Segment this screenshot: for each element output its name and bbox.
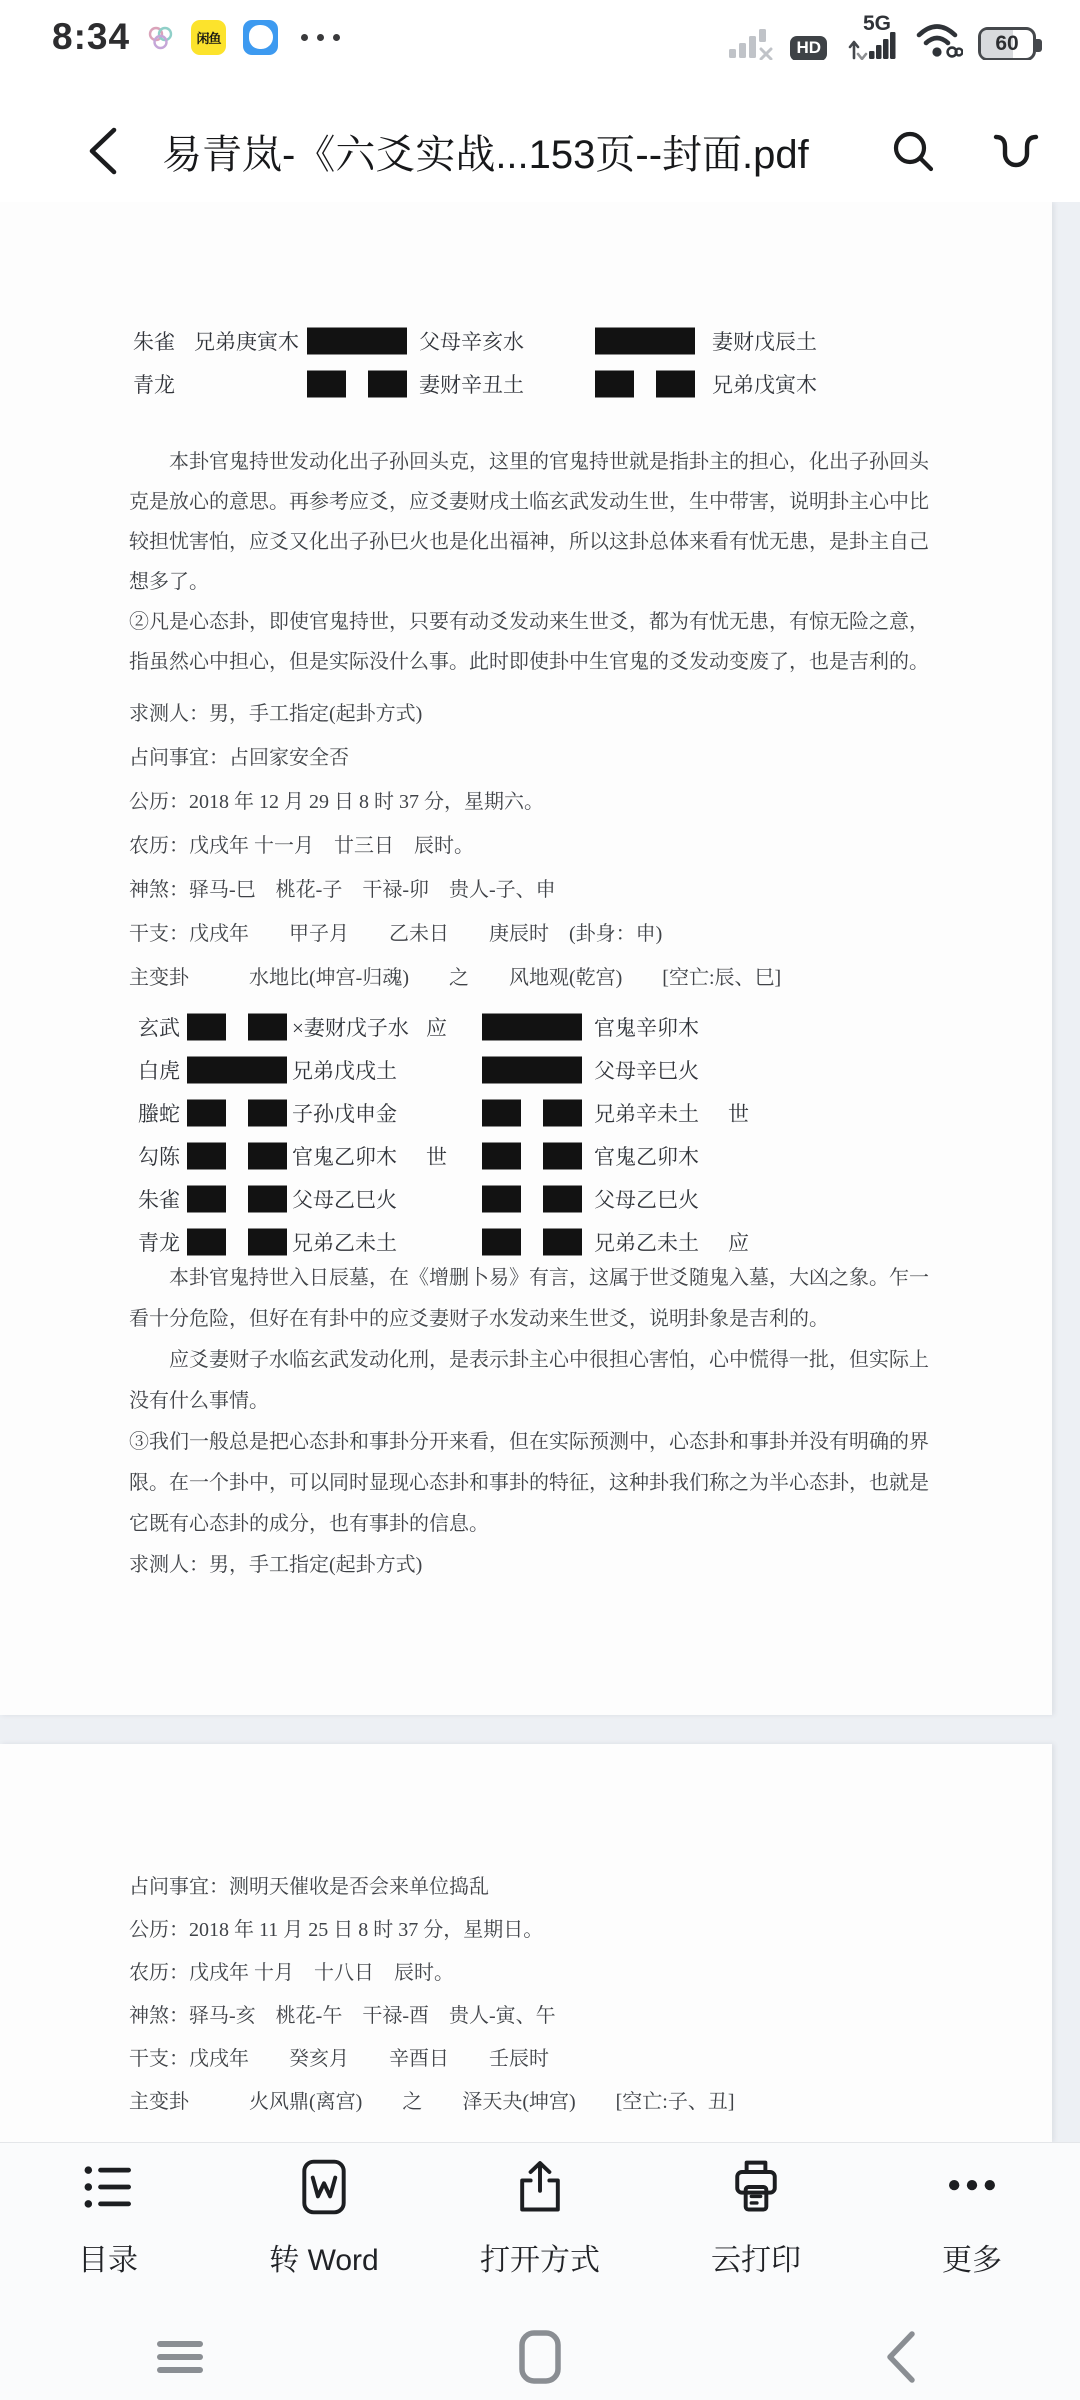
- text-line: 限。在一个卦中，可以同时显现心态卦和事卦的特征，这种卦我们称之为半心态卦，也就是: [129, 1463, 929, 1504]
- main-line-marker: 应: [426, 1012, 447, 1042]
- changed-line-label: 父母辛巳火: [594, 1055, 699, 1085]
- clock: 8:34: [52, 16, 130, 58]
- changed-line-marker: 应: [728, 1227, 749, 1257]
- text-line: 克是放心的意思。再参考应爻，应爻妻财戌土临玄武发动生世，生中带害，说明卦主心中比: [129, 482, 929, 522]
- main-hexagram-line: [187, 1099, 287, 1126]
- changed-line-label: 妻财戊辰土: [712, 326, 817, 356]
- main-line-label: 子孙戊申金: [292, 1098, 397, 1128]
- more-icon: [942, 2157, 1002, 2217]
- text-line: 神煞：驿马-亥 桃花-午 干禄-酉 贵人-寅、午: [129, 1995, 735, 2038]
- six-god-label: 朱雀: [138, 1184, 180, 1214]
- app-header: 易青岚-《六爻实战...153页--封面.pdf: [0, 60, 1080, 202]
- hexagram-row: 玄武 ×妻财戊子水 应 官鬼辛卯木: [0, 1005, 1052, 1048]
- cloud-print-button[interactable]: 云打印: [648, 2157, 864, 2279]
- text-line: 主变卦 水地比(坤宫-归魂) 之 风地观(乾宫) [空亡:辰、巳]: [129, 956, 781, 1000]
- text-line: 公历：2018 年 11 月 25 日 8 时 37 分，星期日。: [129, 1909, 735, 1952]
- six-god-label: 青龙: [133, 369, 175, 399]
- text-line: ③我们一般总是把心态卦和事卦分开来看，但在实际预测中，心态卦和事卦并没有明确的界: [129, 1422, 929, 1463]
- changed-line-label: 兄弟辛未土: [594, 1098, 699, 1128]
- changed-line-label: 兄弟乙未土: [594, 1227, 699, 1257]
- main-hexagram-line: [187, 1228, 287, 1255]
- main-line-label: 官鬼乙卯木: [292, 1141, 397, 1171]
- toc-icon: [78, 2157, 138, 2217]
- text-line: 农历：戊戌年 十月 十八日 辰时。: [129, 1952, 735, 1995]
- open-with-label: 打开方式: [480, 2235, 600, 2279]
- changed-hexagram-line: [482, 1228, 582, 1255]
- hexagram-row: 朱雀 兄弟庚寅木 父母辛亥水 妻财戊辰土: [0, 319, 1052, 362]
- changed-line-label: 官鬼辛卯木: [594, 1012, 699, 1042]
- text-line: 求测人：男，手工指定(起卦方式): [129, 1545, 929, 1586]
- main-line-label: 妻财辛丑土: [419, 369, 524, 399]
- pdf-viewport[interactable]: 朱雀 兄弟庚寅木 父母辛亥水 妻财戊辰土 青龙 妻财辛丑土 兄弟戊寅木 本卦官鬼…: [0, 202, 1080, 2142]
- bottom-bar: 目录 转 Word 打开方式: [0, 2142, 1080, 2400]
- messenger-app-notification-icon: [243, 20, 278, 55]
- analysis-paragraph-1: 本卦官鬼持世发动化出子孙回头克，这里的官鬼持世就是指卦主的担心，化出子孙回头 克…: [129, 442, 929, 682]
- pdf-page-1: 朱雀 兄弟庚寅木 父母辛亥水 妻财戊辰土 青龙 妻财辛丑土 兄弟戊寅木 本卦官鬼…: [0, 202, 1052, 1715]
- xianyu-app-notification-icon: 闲鱼: [191, 20, 226, 55]
- six-god-label: 朱雀: [133, 326, 175, 356]
- changed-hexagram-line: [595, 370, 695, 397]
- hexagram-chart: 玄武 ×妻财戊子水 应 官鬼辛卯木 白虎 兄弟戊戌土 父母辛巳火 螣蛇: [0, 1005, 1052, 1263]
- document-tabs-icon[interactable]: [992, 129, 1040, 173]
- hidden-spirit-label: 兄弟庚寅木: [194, 326, 299, 356]
- text-line: 占问事宜：占回家安全否: [129, 736, 781, 780]
- changed-line-label: 父母乙巳火: [594, 1184, 699, 1214]
- hexagram-row: 青龙 妻财辛丑土 兄弟戊寅木: [0, 362, 1052, 405]
- text-line: 公历：2018 年 12 月 29 日 8 时 37 分，星期六。: [129, 780, 781, 824]
- changed-hexagram-line: [595, 327, 695, 354]
- hexagram-row: 勾陈 官鬼乙卯木 世 官鬼乙卯木: [0, 1134, 1052, 1177]
- main-hexagram-line: [187, 1142, 287, 1169]
- pdf-toolbar: 目录 转 Word 打开方式: [0, 2157, 1080, 2279]
- six-god-label: 白虎: [138, 1055, 180, 1085]
- wifi-icon: [915, 19, 963, 61]
- analysis-paragraph-2: 本卦官鬼持世入日辰墓，在《增删卜易》有言，这属于世爻随鬼入墓，大凶之象。乍一 看…: [129, 1258, 929, 1586]
- cloud-print-label: 云打印: [711, 2235, 801, 2279]
- hexagram-partial-rows: 朱雀 兄弟庚寅木 父母辛亥水 妻财戊辰土 青龙 妻财辛丑土 兄弟戊寅木: [0, 319, 1052, 405]
- battery-icon: 60: [978, 27, 1036, 61]
- signal-5g-icon: 5G: [842, 13, 900, 61]
- back-icon[interactable]: [84, 125, 122, 177]
- hexagram-row: 朱雀 父母乙巳火 父母乙巳火: [0, 1177, 1052, 1220]
- main-line-marker: 世: [426, 1141, 447, 1171]
- main-line-label: 兄弟戊戌土: [292, 1055, 397, 1085]
- changed-hexagram-line: [482, 1099, 582, 1126]
- changed-line-marker: 世: [728, 1098, 749, 1128]
- text-line: 求测人：男，手工指定(起卦方式): [129, 692, 781, 736]
- changed-line-label: 官鬼乙卯木: [594, 1141, 699, 1171]
- main-hexagram-line: [307, 327, 407, 354]
- nav-menu-button[interactable]: [0, 2313, 360, 2400]
- hexagram-row: 白虎 兄弟戊戌土 父母辛巳火: [0, 1048, 1052, 1091]
- six-god-label: 青龙: [138, 1227, 180, 1257]
- text-line: 没有什么事情。: [129, 1381, 929, 1422]
- search-icon[interactable]: [890, 128, 936, 174]
- svg-text:5G: 5G: [863, 13, 891, 35]
- hexagram-row: 螣蛇 子孙戊申金 兄弟辛未土 世: [0, 1091, 1052, 1134]
- toc-label: 目录: [78, 2235, 138, 2279]
- hexagram-row: 青龙 兄弟乙未土 兄弟乙未土 应: [0, 1220, 1052, 1263]
- main-line-label: 父母辛亥水: [419, 326, 524, 356]
- changed-hexagram-line: [482, 1185, 582, 1212]
- text-line: 指虽然心中担心，但是实际没什么事。此时即使卦中生官鬼的爻发动变废了，也是吉利的。: [129, 642, 929, 682]
- divination-info-block: 求测人：男，手工指定(起卦方式) 占问事宜：占回家安全否 公历：2018 年 1…: [129, 692, 781, 1000]
- changed-hexagram-line: [482, 1056, 582, 1083]
- text-line: 较担忧害怕，应爻又化出子孙巳火也是化出福神，所以这卦总体来看有忧无患，是卦主自己: [129, 522, 929, 562]
- six-god-label: 勾陈: [138, 1141, 180, 1171]
- convert-to-word-button[interactable]: 转 Word: [216, 2157, 432, 2279]
- open-with-button[interactable]: 打开方式: [432, 2157, 648, 2279]
- text-line: 本卦官鬼持世发动化出子孙回头克，这里的官鬼持世就是指卦主的担心，化出子孙回头: [129, 442, 929, 482]
- document-title: 易青岚-《六爻实战...153页--封面.pdf: [162, 123, 890, 180]
- text-line: 它既有心态卦的成分，也有事卦的信息。: [129, 1504, 929, 1545]
- six-god-label: 玄武: [138, 1012, 180, 1042]
- text-line: 本卦官鬼持世入日辰墓，在《增删卜易》有言，这属于世爻随鬼入墓，大凶之象。乍一: [129, 1258, 929, 1299]
- more-button[interactable]: 更多: [864, 2157, 1080, 2279]
- android-navigation-bar: [0, 2313, 1080, 2400]
- share-open-icon: [510, 2157, 570, 2217]
- notification-molecule-icon: [147, 24, 174, 51]
- six-god-label: 螣蛇: [138, 1098, 180, 1128]
- text-line: 看十分危险，但好在有卦中的应爻妻财子水发动来生世爻，说明卦象是吉利的。: [129, 1299, 929, 1340]
- signal-sim1-icon: [727, 23, 775, 61]
- main-line-label: 兄弟乙未土: [292, 1227, 397, 1257]
- toc-button[interactable]: 目录: [0, 2157, 216, 2279]
- changed-hexagram-line: [482, 1013, 582, 1040]
- main-line-label: ×妻财戊子水: [292, 1012, 409, 1042]
- text-line: 应爻妻财子水临玄武发动化刑，是表示卦主心中很担心害怕，心中慌得一批，但实际上: [129, 1340, 929, 1381]
- more-label: 更多: [942, 2235, 1002, 2279]
- text-line: ②凡是心态卦，即使官鬼持世，只要有动爻发动来生世爻，都为有忧无患，有惊无险之意，: [129, 602, 929, 642]
- main-hexagram-line: [187, 1056, 287, 1083]
- text-line: 想多了。: [129, 562, 929, 602]
- battery-level: 60: [995, 32, 1018, 56]
- convert-to-word-label: 转 Word: [269, 2235, 378, 2279]
- hd-voice-icon: HD: [790, 36, 827, 61]
- changed-hexagram-line: [482, 1142, 582, 1169]
- main-hexagram-line: [307, 370, 407, 397]
- main-hexagram-line: [187, 1013, 287, 1040]
- text-line: 神煞：驿马-巳 桃花-子 干禄-卯 贵人-子、申: [129, 868, 781, 912]
- cloud-print-icon: [726, 2157, 786, 2217]
- word-convert-icon: [294, 2157, 354, 2217]
- changed-line-label: 兄弟戊寅木: [712, 369, 817, 399]
- text-line: 占问事宜：测明天催收是否会来单位捣乱: [129, 1866, 735, 1909]
- main-hexagram-line: [187, 1185, 287, 1212]
- nav-home-button[interactable]: [360, 2313, 720, 2400]
- pdf-page-2: 占问事宜：测明天催收是否会来单位捣乱 公历：2018 年 11 月 25 日 8…: [0, 1744, 1052, 2142]
- text-line: 干支：戊戌年 甲子月 乙未日 庚辰时 (卦身：申): [129, 912, 781, 956]
- text-line: 主变卦 火风鼎(离宫) 之 泽天夬(坤宫) [空亡:子、丑]: [129, 2081, 735, 2124]
- text-line: 干支：戊戌年 癸亥月 辛酉日 壬辰时: [129, 2038, 735, 2081]
- nav-back-button[interactable]: [720, 2313, 1080, 2400]
- divination-info-block-2: 占问事宜：测明天催收是否会来单位捣乱 公历：2018 年 11 月 25 日 8…: [129, 1866, 735, 2124]
- main-line-label: 父母乙巳火: [292, 1184, 397, 1214]
- more-notifications-icon: [301, 34, 340, 41]
- status-bar: 8:34 闲鱼 HD 5G: [0, 0, 1080, 60]
- text-line: 农历：戊戌年 十一月 廿三日 辰时。: [129, 824, 781, 868]
